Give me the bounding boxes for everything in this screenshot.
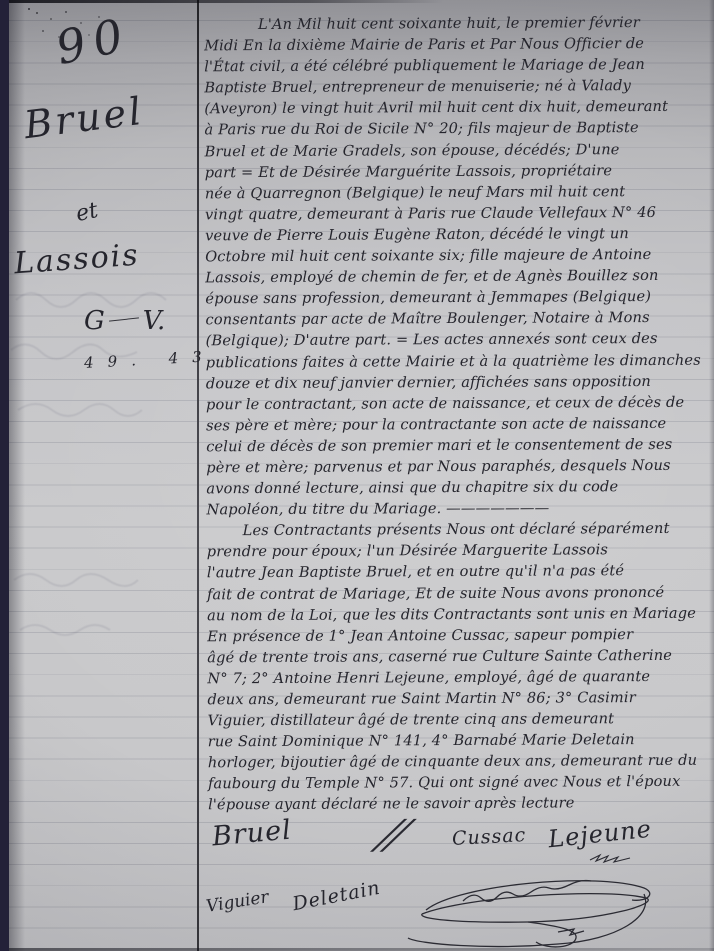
- body-line: douze et dix neuf janvier dernier, affic…: [206, 370, 708, 394]
- body-line: (Aveyron) le vingt huit Avril mil huit c…: [204, 96, 706, 120]
- body-line: Midi En la dixième Mairie de Paris et Pa…: [204, 33, 706, 57]
- binding-edge-shadow: [9, 0, 25, 951]
- body-line: l'autre Jean Baptiste Bruel, et en outre…: [207, 560, 709, 584]
- officer-signature-flourish: [408, 868, 658, 951]
- body-line: horloger, bijoutier âgé de cinquante deu…: [208, 750, 710, 774]
- body-line: Napoléon, du titre du Mariage. ———————: [206, 497, 708, 521]
- margin-annotation-gv: G V.: [84, 306, 165, 336]
- body-line: pour le contractant, son acte de naissan…: [206, 391, 708, 415]
- body-line: l'État civil, a été célébré publiquement…: [204, 54, 706, 78]
- body-line: Baptiste Bruel, entrepreneur de menuiser…: [204, 75, 706, 99]
- page-top-edge: [0, 0, 443, 3]
- body-line: L'An Mil huit cent soixante huit, le pre…: [204, 12, 706, 36]
- body-line: prendre pour époux; l'un Désirée Marguer…: [207, 539, 709, 563]
- scan-speckles: [28, 8, 30, 10]
- signature-cussac: Cussac: [451, 824, 526, 850]
- signature-slash-mark: //: [370, 812, 413, 858]
- body-line: veuve de Pierre Louis Eugène Raton, décé…: [205, 223, 707, 247]
- body-line: (Belgique); D'autre part. = Les actes an…: [206, 328, 708, 352]
- signature-deletain: Deletain: [291, 877, 383, 916]
- body-line: à Paris rue du Roi de Sicile N° 20; fils…: [204, 117, 706, 141]
- body-line: N° 7; 2° Antoine Henri Lejeune, employé,…: [207, 666, 709, 690]
- margin-rule-line: [197, 0, 199, 951]
- body-line: rue Saint Dominique N° 141, 4° Barnabé M…: [208, 729, 710, 753]
- bleed-through-writing: [6, 280, 186, 680]
- body-line: vingt quatre, demeurant à Paris rue Clau…: [205, 202, 707, 226]
- margin-conjunction: et: [74, 198, 101, 227]
- signature-lejeune: Lejeune: [547, 815, 653, 854]
- signature-bruel: Bruel: [211, 815, 293, 853]
- body-line: faubourg du Temple N° 57. Qui ont signé …: [208, 771, 710, 795]
- body-line: épouse sans profession, demeurant à Jemm…: [205, 286, 707, 310]
- body-line: au nom de la Loi, que les dits Contracta…: [207, 602, 709, 626]
- body-line: l'épouse ayant déclaré ne le savoir aprè…: [208, 792, 710, 816]
- signature-viguier: Viguier: [205, 887, 270, 917]
- body-line: Les Contractants présents Nous ont décla…: [207, 518, 709, 542]
- body-line: En présence de 1° Jean Antoine Cussac, s…: [207, 623, 709, 647]
- margin-annotation-g: G: [84, 306, 105, 336]
- lejeune-paraph-flourish: [588, 852, 634, 864]
- body-line: consentants par acte de Maître Boulenger…: [205, 307, 707, 331]
- scanned-page: 90 Bruel et Lassois G V. 49. 43. L'An Mi…: [0, 0, 714, 951]
- margin-bride-surname: Lassois: [13, 238, 141, 282]
- body-line: part = Et de Désirée Marguérite Lassois,…: [205, 159, 707, 183]
- body-line: avons donné lecture, ainsi que du chapit…: [206, 476, 708, 500]
- margin-annotation-v: V.: [143, 306, 166, 336]
- body-line: Lassois, employé de chemin de fer, et de…: [205, 265, 707, 289]
- body-line: Bruel et de Marie Gradels, son épouse, d…: [205, 138, 707, 162]
- binding-edge: [0, 0, 9, 951]
- margin-groom-surname: Bruel: [22, 89, 147, 147]
- body-line: publications faites à cette Mairie et à …: [206, 349, 708, 373]
- body-line: Octobre mil huit cent soixante six; fill…: [205, 244, 707, 268]
- body-line: deux ans, demeurant rue Saint Martin N° …: [207, 687, 709, 711]
- act-number: 90: [51, 7, 135, 75]
- body-line: Viguier, distillateur âgé de trente cinq…: [208, 708, 710, 732]
- body-line: père et mère; parvenus et par Nous parap…: [206, 455, 708, 479]
- body-line: celui de décès de son premier mari et le…: [206, 434, 708, 458]
- body-line: ses père et mère; pour la contractante s…: [206, 412, 708, 436]
- annotation-connecting-stroke: [109, 317, 139, 321]
- body-line: âgé de trente trois ans, caserné rue Cul…: [207, 644, 709, 668]
- body-line: fait de contrat de Mariage, Et de suite …: [207, 581, 709, 605]
- act-body-text: L'An Mil huit cent soixante huit, le pre…: [204, 12, 710, 816]
- body-line: née à Quarregnon (Belgique) le neuf Mars…: [205, 180, 707, 204]
